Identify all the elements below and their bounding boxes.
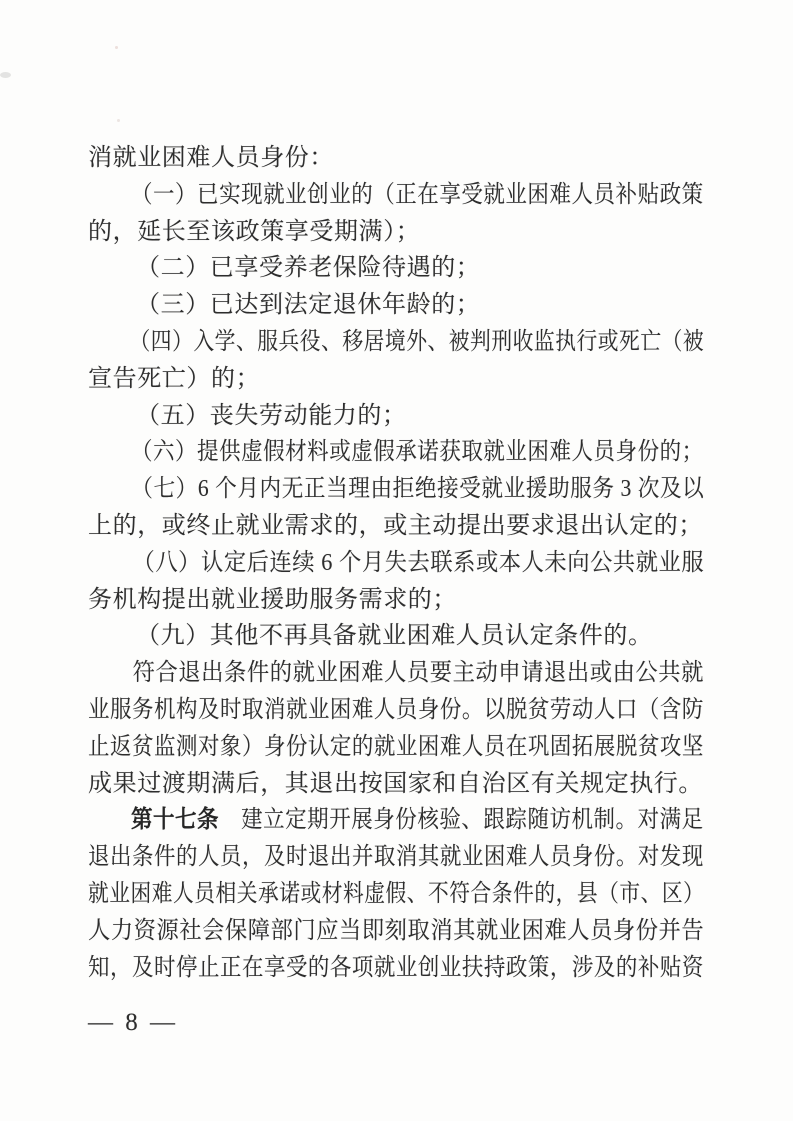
text-line: 的，延长至该政策享受期满）；	[88, 214, 704, 251]
text-line: （三）已达到法定退休年龄的；	[88, 287, 704, 324]
document-body: 消就业困难人员身份：（一）已实现就业创业的（正在享受就业困难人员补贴政策的，延长…	[88, 140, 704, 986]
text-line: （一）已实现就业创业的（正在享受就业困难人员补贴政策	[88, 177, 640, 214]
scan-speck	[117, 119, 120, 122]
article-number: 第十七条	[131, 806, 219, 833]
document-page: 消就业困难人员身份：（一）已实现就业创业的（正在享受就业困难人员补贴政策的，延长…	[0, 0, 793, 1121]
page-footer: — 8 —	[88, 1006, 178, 1040]
text-line: 退出条件的人员，及时退出并取消其就业困难人员身份。对发现	[88, 839, 639, 876]
text-line: 就业困难人员相关承诺或材料虚假、不符合条件的，县（市、区）	[88, 876, 620, 913]
text-line: 成果过渡期满后，其退出按国家和自治区有关规定执行。	[88, 766, 704, 803]
scan-speck	[0, 72, 11, 78]
text-line: 上的，或终止就业需求的，或主动提出要求退出认定的；	[88, 508, 704, 545]
text-line: 宣告死亡）的；	[88, 361, 704, 398]
text-line: 知，及时停止正在享受的各项就业创业扶持政策，涉及的补贴资	[88, 950, 639, 987]
text-segment: 建立定期开展身份核验、跟踪随访机制。对满足	[219, 807, 704, 833]
text-line: （九）其他不再具备就业困难人员认定条件的。	[88, 618, 704, 655]
text-line: 止返贫监测对象）身份认定的就业困难人员在巩固拓展脱贫攻坚	[88, 729, 639, 766]
text-line: （二）已享受养老保险待遇的；	[88, 250, 704, 287]
text-line: （四）入学、服兵役、移居境外、被判刑收监执行或死亡（被	[88, 324, 621, 361]
text-line: （七）6 个月内无正当理由拒绝接受就业援助服务 3 次及以	[88, 471, 644, 508]
text-line: 第十七条 建立定期开展身份核验、跟踪随访机制。对满足	[88, 802, 640, 839]
text-line: 务机构提出就业援助服务需求的；	[88, 582, 704, 619]
text-line: 人力资源社会保障部门应当即刻取消其就业困难人员身份并告	[88, 913, 659, 950]
scan-speck	[115, 46, 118, 49]
text-line: 消就业困难人员身份：	[88, 140, 704, 177]
text-line: （八）认定后连续 6 个月失去联系或本人未向公共就业服	[88, 545, 659, 582]
text-line: 符合退出条件的就业困难人员要主动申请退出或由公共就	[88, 655, 660, 692]
text-line: （六）提供虚假材料或虚假承诺获取就业困难人员身份的；	[88, 434, 640, 471]
text-line: （五）丧失劳动能力的；	[88, 398, 704, 435]
page-number: — 8 —	[88, 1009, 178, 1036]
text-line: 业服务机构及时取消就业困难人员身份。以脱贫劳动人口（含防	[88, 692, 639, 729]
